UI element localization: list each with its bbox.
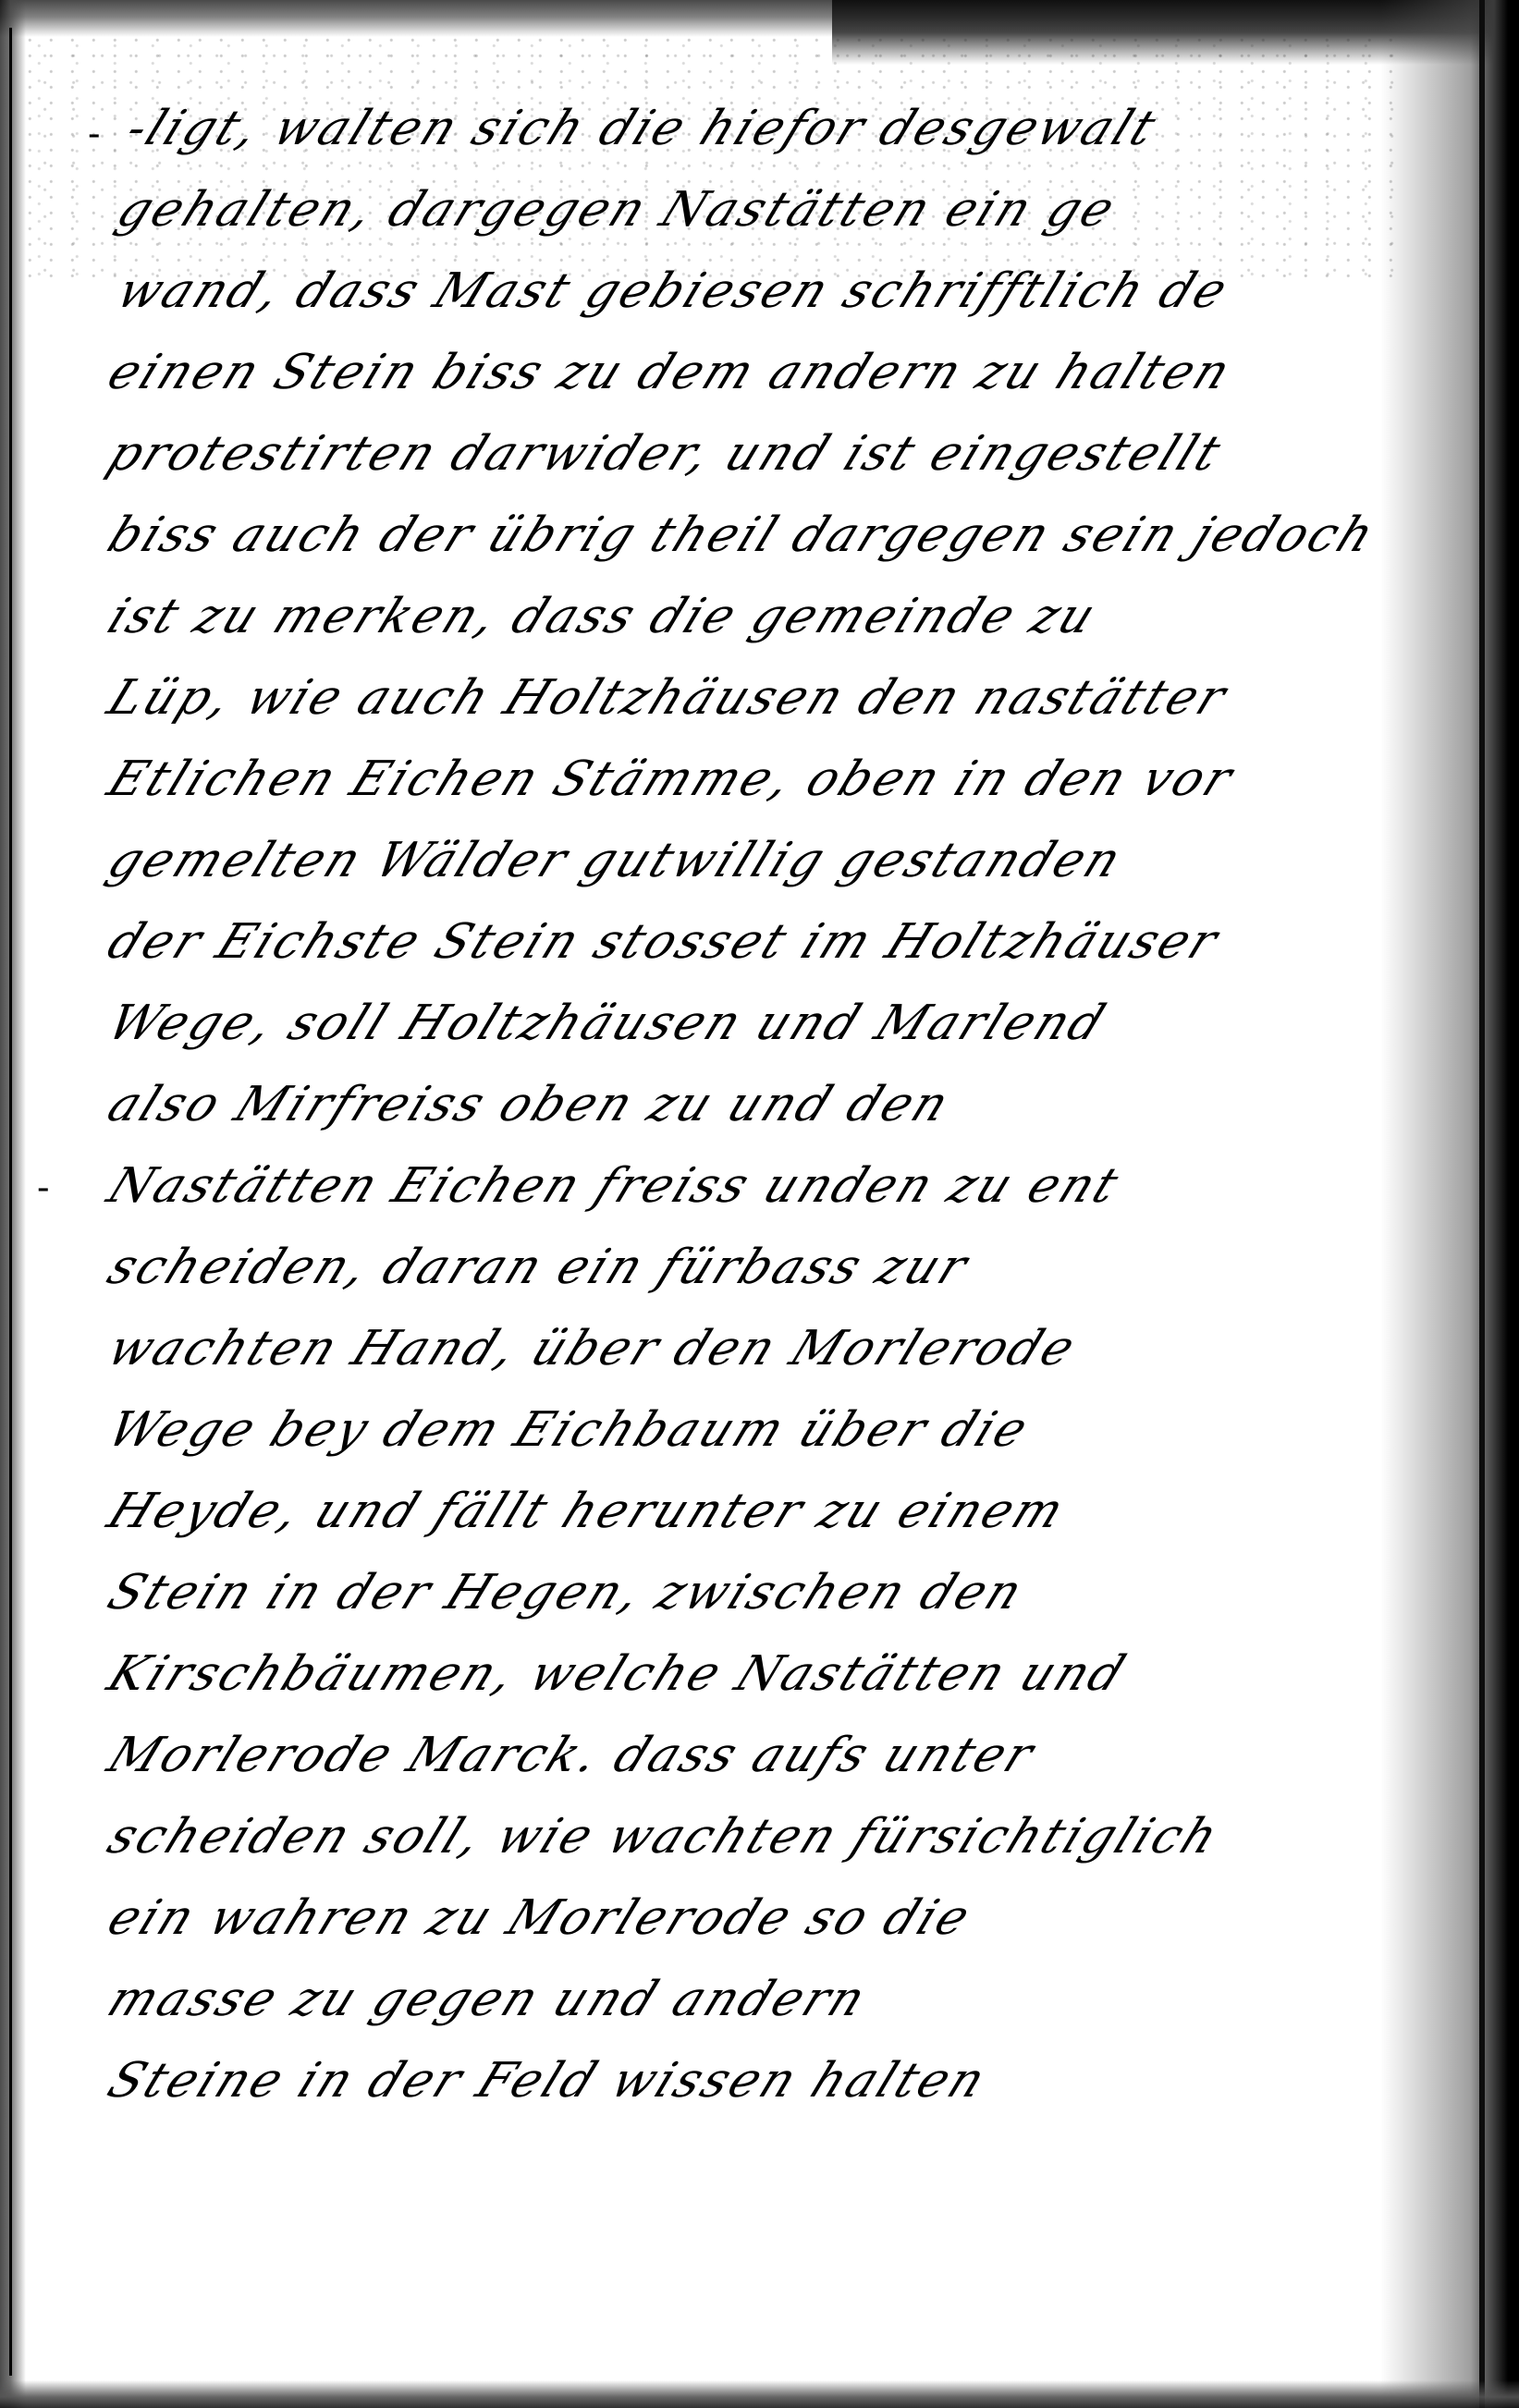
- manuscript-line: scheiden, daran ein fürbass zur: [94, 1227, 1459, 1308]
- manuscript-line: der Eichste Stein stosset im Holtzhäuser: [94, 901, 1459, 983]
- manuscript-line: Heyde, und fällt herunter zu einem: [94, 1471, 1459, 1552]
- manuscript-line: Kirschbäumen, welche Nastätten und: [94, 1633, 1459, 1715]
- manuscript-line: ein wahren zu Morlerode so die: [94, 1877, 1459, 1959]
- manuscript-line: wand, dass Mast gebiesen schrifftlich de: [104, 251, 1468, 332]
- manuscript-line: Nastätten Eichen freiss unden zu ent: [94, 1145, 1459, 1227]
- manuscript-line: biss auch der übrig theil dargegen sein …: [94, 495, 1459, 576]
- manuscript-body: -ligt, walten sich die hiefor desgewalt …: [102, 88, 1433, 2121]
- scan-edge-left: [0, 0, 26, 2408]
- manuscript-line: Wege, soll Holtzhäusen und Marlend: [94, 983, 1459, 1064]
- manuscript-line: wachten Hand, über den Morlerode: [94, 1308, 1459, 1389]
- manuscript-line: scheiden soll, wie wachten fürsichtiglic…: [94, 1796, 1459, 1877]
- scan-edge-bottom: [0, 2380, 1519, 2408]
- manuscript-line: Steine in der Feld wissen halten: [94, 2040, 1459, 2121]
- page-edge-left: [9, 28, 12, 2376]
- manuscript-line: Wege bey dem Eichbaum über die: [94, 1389, 1459, 1471]
- manuscript-line: -ligt, walten sich die hiefor desgewalt: [113, 88, 1477, 169]
- manuscript-line: ist zu merken, dass die gemeinde zu: [94, 576, 1459, 657]
- page-edge-right: [1479, 0, 1485, 2408]
- manuscript-line: Etlichen Eichen Stämme, oben in den vor: [94, 739, 1459, 820]
- manuscript-line: Stein in der Hegen, zwischen den: [94, 1552, 1459, 1633]
- manuscript-line: also Mirfreiss oben zu und den: [94, 1064, 1459, 1145]
- manuscript-line: gemelten Wälder gutwillig gestanden: [94, 820, 1459, 901]
- scanned-page: - - -ligt, walten sich die hiefor desgew…: [0, 0, 1519, 2408]
- manuscript-line: einen Stein biss zu dem andern zu halten: [94, 332, 1459, 413]
- manuscript-line: Morlerode Marck. dass aufs unter: [94, 1715, 1459, 1796]
- manuscript-line: gehalten, dargegen Nastätten ein ge: [104, 169, 1468, 251]
- manuscript-line: Lüp, wie auch Holtzhäusen den nastätter: [94, 657, 1459, 739]
- margin-mark: -: [88, 113, 101, 155]
- manuscript-line: protestirten darwider, und ist eingestel…: [94, 413, 1459, 495]
- margin-mark: -: [37, 1167, 50, 1209]
- manuscript-line: masse zu gegen und andern: [94, 1959, 1459, 2040]
